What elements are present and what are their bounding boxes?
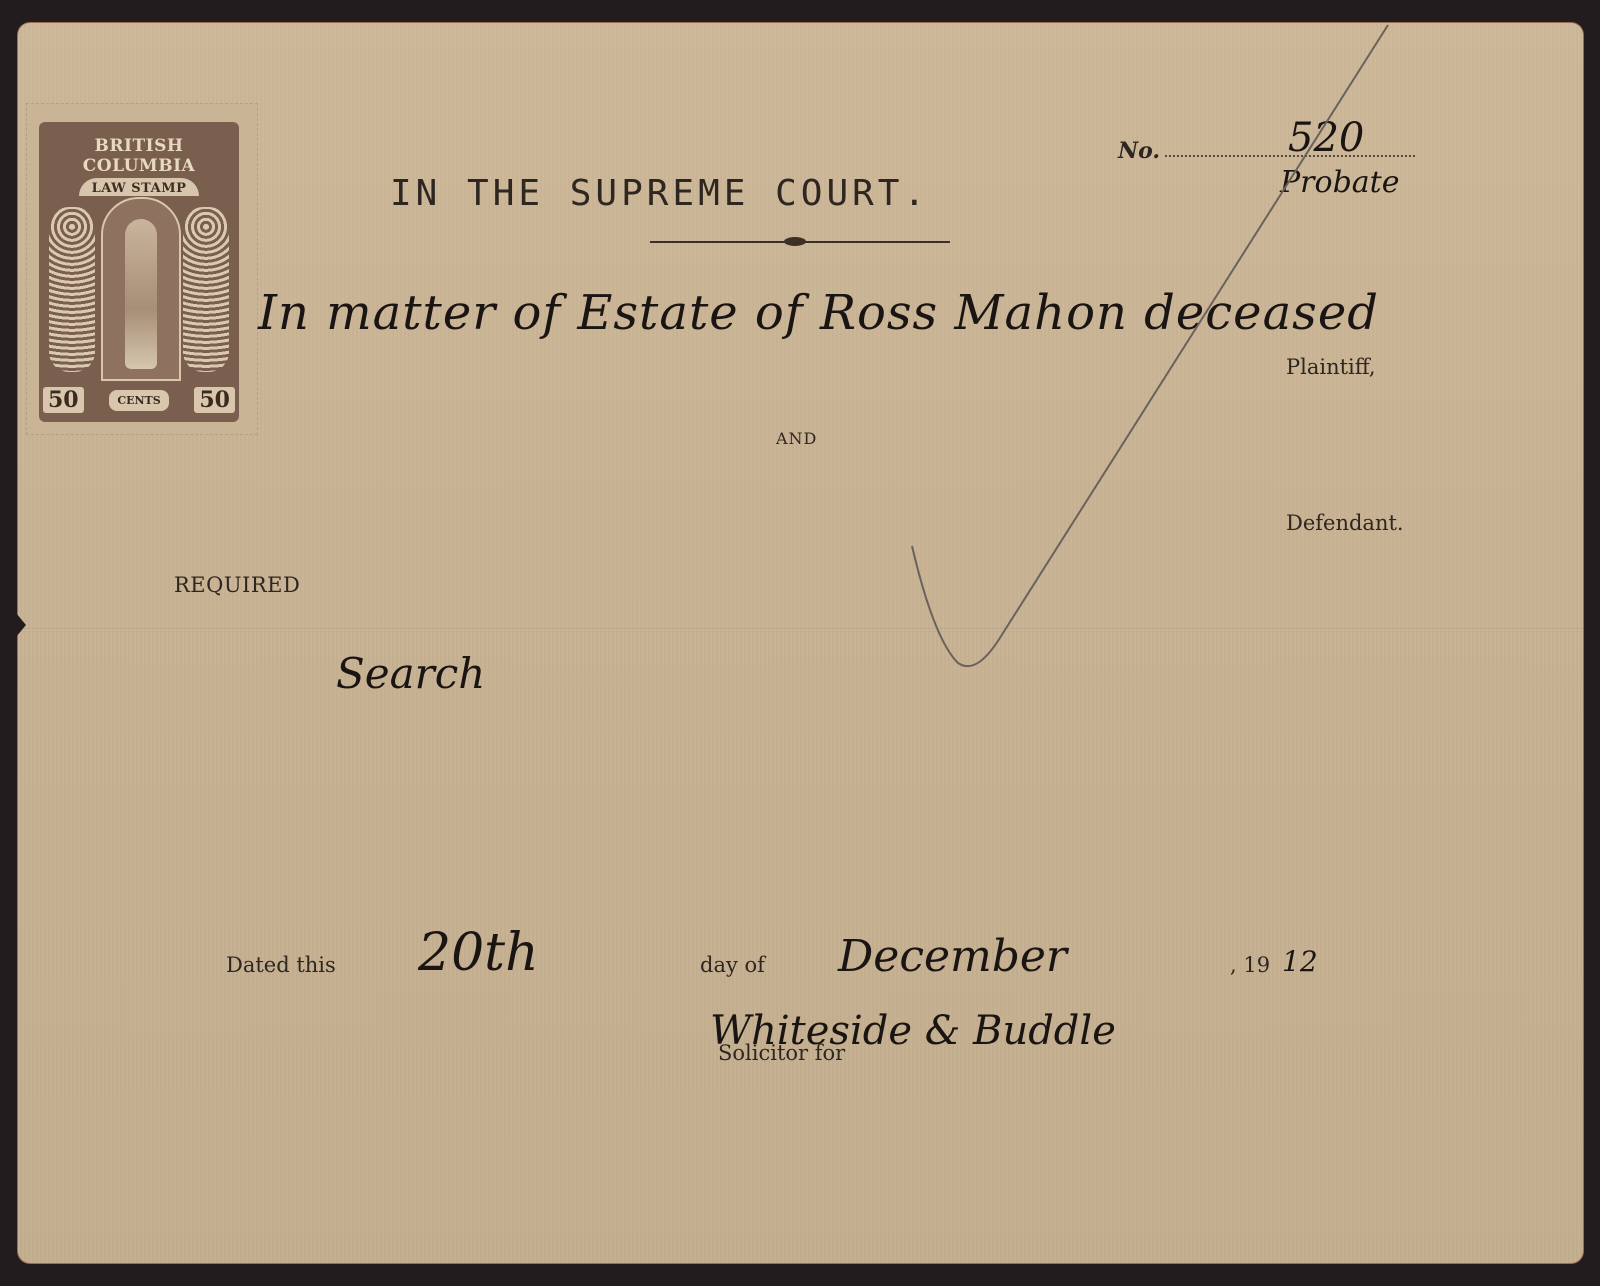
required-label: REQUIRED <box>174 573 300 597</box>
court-form-paper: BRITISH COLUMBIA LAW STAMP 50 CENTS 50 I… <box>18 23 1583 1263</box>
stamp-face: BRITISH COLUMBIA LAW STAMP 50 CENTS 50 <box>39 122 239 422</box>
case-number: 520 <box>1288 115 1364 161</box>
dated-month: December <box>838 931 1067 982</box>
stamp-line1: BRITISH COLUMBIA <box>39 136 239 176</box>
court-title: IN THE SUPREME COURT. <box>390 173 929 214</box>
case-type-note: Probate <box>1280 165 1400 200</box>
number-label: No. <box>1118 138 1160 164</box>
stamp-value-left: 50 <box>43 387 84 413</box>
stamp-value-cents: CENTS <box>109 390 168 411</box>
solicitor-label: Solicitor for <box>718 1041 845 1065</box>
stamp-niche <box>101 197 181 381</box>
law-stamp: BRITISH COLUMBIA LAW STAMP 50 CENTS 50 <box>26 103 258 435</box>
and-label: AND <box>776 429 817 448</box>
defendant-label: Defendant. <box>1286 511 1404 535</box>
title-ornament-divider <box>650 239 950 245</box>
stamp-header: BRITISH COLUMBIA LAW STAMP <box>39 122 239 192</box>
stamp-value-right: 50 <box>194 387 235 413</box>
paper-fold <box>18 628 1583 632</box>
stamp-value-bar: 50 CENTS 50 <box>43 384 235 416</box>
year-handwritten: 12 <box>1282 945 1318 978</box>
plaintiff-label: Plaintiff, <box>1286 355 1376 379</box>
dated-day: 20th <box>418 923 539 983</box>
justice-figure-icon <box>125 219 157 369</box>
stamp-right-ornament <box>183 207 229 372</box>
stamp-left-ornament <box>49 207 95 372</box>
dated-label: Dated this <box>226 953 336 977</box>
year-printed: , 19 <box>1230 953 1270 977</box>
day-of-label: day of <box>700 953 765 977</box>
paper-notch <box>16 613 26 637</box>
required-value: Search <box>336 649 485 698</box>
matter-handwritten: In matter of Estate of Ross Mahon deceas… <box>258 285 1379 341</box>
stamp-line2: LAW STAMP <box>79 178 199 196</box>
